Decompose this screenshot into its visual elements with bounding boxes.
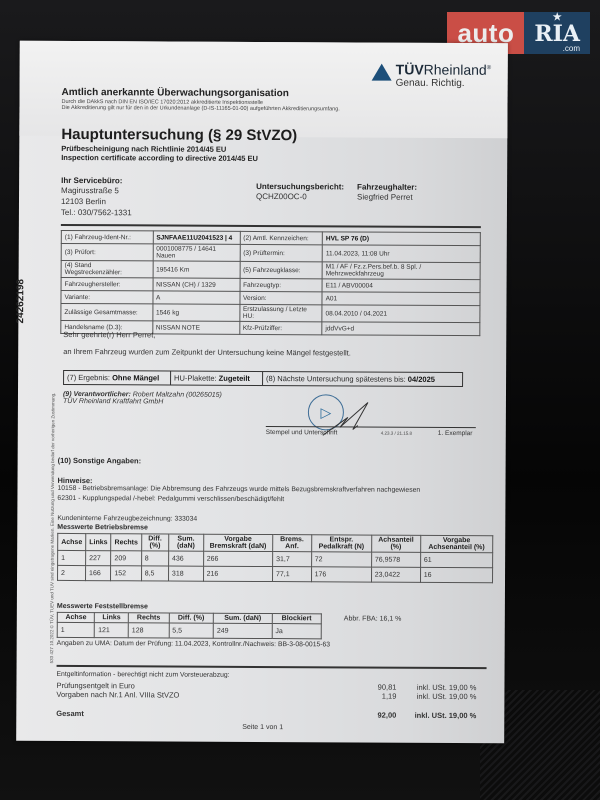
table-row: (4) Stand Wegstreckenzähler:195416 Km(5)…	[61, 260, 480, 279]
table-cell: 61	[420, 552, 492, 567]
field-value: 0001008775 / 14641 Nauen	[153, 244, 240, 261]
divider	[57, 665, 487, 669]
field-label: Version:	[239, 291, 322, 304]
watermark-ria: ★ RIA .com	[524, 12, 590, 54]
result-statement: an Ihrem Fahrzeug wurden zum Zeitpunkt d…	[63, 346, 351, 359]
next-inspection-field: (8) Nächste Untersuchung spätestens bis:…	[263, 372, 462, 386]
column-header: Diff. (%)	[141, 534, 168, 551]
notes-label: Hinweise:	[58, 476, 93, 485]
document-number: 24262198	[15, 279, 26, 324]
subtitle-en: Inspection certificate according to dire…	[61, 153, 258, 163]
table-cell: 2	[58, 565, 86, 580]
table-cell: 31,7	[273, 552, 312, 567]
salutation: Sehr geehrte(r) Herr Perret,	[63, 329, 155, 340]
note-1: 10158 - Betriebsbremsanlage: Die Abbrems…	[57, 485, 420, 494]
field-value: NISSAN NOTE	[152, 321, 239, 334]
stamp-code: 4.23.3 / 21.15.8	[381, 431, 412, 436]
table-cell: 249	[213, 623, 272, 638]
field-label: Fahrzeughersteller:	[61, 277, 153, 290]
field-label: Variante:	[61, 290, 153, 303]
table-cell: 77,1	[272, 567, 311, 582]
uma-info: Angaben zu UMA: Datum der Prüfung: 11.04…	[57, 640, 330, 648]
fee-heading: Entgeltinformation - berechtigt nicht zu…	[57, 671, 230, 679]
column-header: Vorgabe Achsenanteil (%)	[420, 535, 492, 552]
page-title: Hauptuntersuchung (§ 29 StVZO)	[61, 126, 297, 144]
field-label: (4) Stand Wegstreckenzähler:	[61, 260, 153, 277]
responsible-person: (9) Verantwortlicher: Robert Maltzahn (0…	[63, 391, 222, 406]
page-number: Seite 1 von 1	[242, 724, 283, 731]
column-header: Rechts	[111, 534, 141, 551]
column-header: Achse	[58, 533, 86, 550]
column-header: Achsanteil (%)	[371, 535, 420, 552]
table-cell: 1	[57, 622, 94, 637]
field-value: E11 / ABV00004	[322, 279, 480, 293]
field-label: Erstzulassung / Letzte HU:	[239, 304, 322, 321]
column-header: Vorgabe Bremskraft (daN)	[203, 534, 272, 551]
column-header: Brems. Anf.	[273, 535, 312, 552]
parking-brake-abbr: Abbr. FBA: 16,1 %	[344, 615, 402, 622]
field-value: NISSAN (CH) / 1329	[153, 278, 240, 291]
parking-brake-title: Messwerte Feststellbremse	[57, 603, 148, 610]
table-cell: 266	[203, 551, 272, 566]
field-value: 08.04.2010 / 04.2021	[322, 305, 480, 323]
field-label: Zulässige Gesamtmasse:	[61, 303, 153, 320]
column-header: Links	[95, 613, 129, 623]
column-header: Blockiert	[272, 614, 321, 624]
copy-label: 1. Exemplar	[438, 430, 473, 437]
table-row: (3) Prüfort:0001008775 / 14641 Nauen(3) …	[61, 243, 480, 262]
table-cell: 166	[86, 566, 111, 581]
customer-vehicle-id: Kundeninterne Fahrzeugbezeichnung: 33303…	[57, 515, 197, 523]
result-field: (7) Ergebnis: Ohne Mängel	[64, 371, 171, 385]
service-office: Ihr Servicebüro: Magirusstraße 5 12103 B…	[61, 176, 132, 218]
column-header: Rechts	[128, 613, 168, 623]
copyright-note: 533 427 10.2022 © TÜV, TUEV und TUV sind…	[49, 403, 55, 663]
plakette-field: HU-Plakette: Zugeteilt	[171, 372, 263, 385]
field-value: M1 / AF / Fz.z.Pers.bef.b. 8 Spl. / Mehr…	[322, 262, 480, 280]
table-cell: 16	[420, 567, 492, 582]
table-cell: 72	[311, 552, 371, 567]
table-cell: 23,0422	[371, 567, 420, 582]
table-row: 21661528,531821677,117623,042216	[58, 565, 493, 582]
table-cell: 128	[128, 623, 169, 638]
field-label: (2) Amtl. Kennzeichen:	[240, 231, 323, 244]
note-2: 62301 - Kupplungspedal /-hebel: Pedalgum…	[57, 495, 284, 503]
fee-item: Vorgaben nach Nr.1 Anl. VIIIa StVZO1,19i…	[56, 690, 476, 701]
table-cell: 216	[203, 566, 272, 581]
service-brake-table: AchseLinksRechtsDiff. (%)Sum. (daN)Vorga…	[57, 533, 493, 583]
field-label: Fahrzeugtyp:	[240, 278, 323, 291]
tuv-logo: TÜVRheinland® Genau. Richtig.	[372, 61, 492, 89]
fee-total: Gesamt 92,00 inkl. USt. 19,00 %	[56, 709, 476, 720]
divider	[61, 224, 481, 228]
service-brake-title: Messwerte Betriebsbremse	[57, 524, 148, 531]
stamp-label: Stempel und Unterschrift	[266, 429, 338, 436]
other-info-heading: (10) Sonstige Angaben:	[58, 456, 142, 465]
table-cell: 152	[111, 566, 141, 581]
table-cell: 318	[168, 566, 203, 581]
table-cell: 436	[168, 551, 203, 566]
vehicle-owner: Fahrzeughalter: Siegfried Perret	[357, 182, 417, 202]
table-cell: 121	[95, 623, 129, 638]
field-value: A01	[322, 292, 480, 306]
column-header: Diff. (%)	[169, 613, 214, 623]
tuv-slogan: Genau. Richtig.	[396, 77, 492, 88]
result-box: (7) Ergebnis: Ohne Mängel HU-Plakette: Z…	[63, 370, 463, 387]
field-value: A	[153, 291, 240, 304]
table-cell: 8,5	[141, 566, 168, 581]
vehicle-info-table: (1) Fahrzeug-Ident-Nr.:SJNFAAE11U2041523…	[60, 230, 481, 336]
field-label: Kfz-Prüfziffer:	[239, 321, 322, 334]
table-cell: Ja	[272, 624, 321, 639]
table-cell: 227	[86, 551, 111, 566]
column-header: Sum. (daN)	[169, 534, 204, 551]
table-cell: 176	[311, 567, 371, 582]
table-row: 11211285,5249Ja	[57, 622, 321, 638]
column-header: Sum. (daN)	[213, 613, 272, 623]
inspection-certificate: TÜVRheinland® Genau. Richtig. Amtlich an…	[16, 41, 508, 744]
column-header: Achse	[57, 612, 94, 622]
table-cell: 8	[141, 551, 168, 566]
org-title: Amtlich anerkannte Überwachungsorganisat…	[62, 87, 289, 99]
table-row: Zulässige Gesamtmasse:1546 kgErstzulassu…	[61, 303, 480, 322]
field-value: jddVvG+d	[322, 322, 480, 336]
field-value: 11.04.2023, 11:08 Uhr	[322, 245, 480, 263]
table-cell: 76,9578	[371, 552, 420, 567]
column-header: Links	[86, 534, 111, 551]
field-value: 195416 Km	[153, 261, 240, 278]
field-value: SJNFAAE11U2041523 | 4	[153, 231, 240, 244]
field-label: (1) Fahrzeug-Ident-Nr.:	[61, 230, 153, 243]
table-cell: 209	[111, 551, 141, 566]
parking-brake-table: AchseLinksRechtsDiff. (%)Sum. (daN)Block…	[57, 612, 322, 639]
report-id: Untersuchungsbericht: QCHZ00OC-0	[256, 182, 344, 202]
column-header: Entspr. Pedalkraft (N)	[311, 535, 371, 552]
field-value: HVL SP 76 (D)	[322, 232, 480, 246]
table-cell: 1	[58, 550, 86, 565]
field-label: (3) Prüfort:	[61, 243, 153, 260]
field-value: 1546 kg	[152, 304, 239, 321]
tuv-triangle-icon	[372, 64, 392, 81]
table-cell: 5,5	[169, 623, 214, 638]
field-label: (5) Fahrzeugklasse:	[240, 261, 323, 278]
field-label: (3) Prüftermin:	[240, 244, 323, 261]
